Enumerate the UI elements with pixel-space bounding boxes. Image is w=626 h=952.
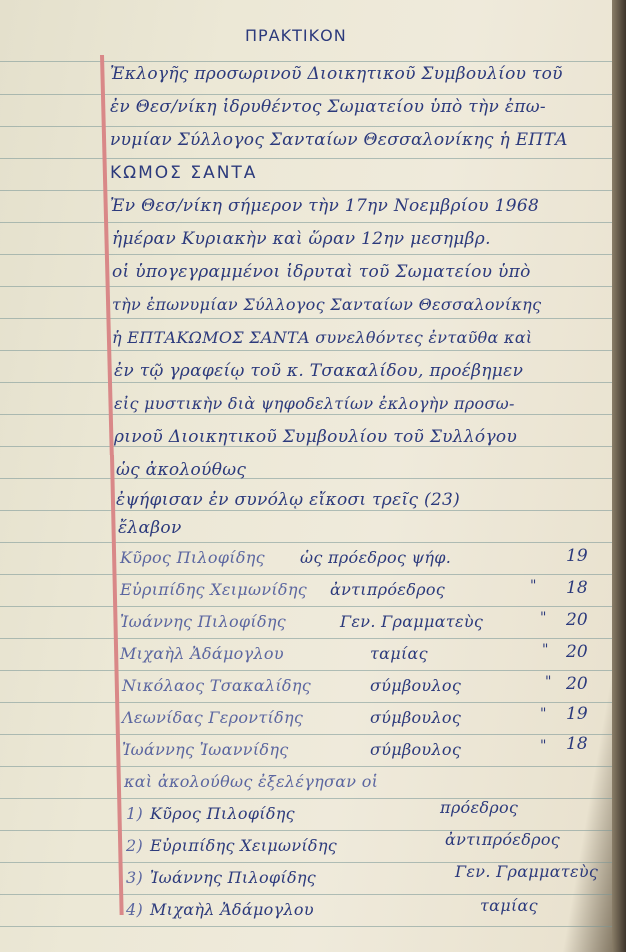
ruled-line [0,798,612,799]
elected-name: Μιχαὴλ Ἀδάμογλου [150,900,314,919]
body-line: ὡς ἀκολούθως [116,460,246,480]
body-line: Ἐκλογῆς προσωρινοῦ Διοικητικοῦ Συμβουλίο… [110,64,563,84]
elected-role: ταμίας [480,896,538,915]
ditto-mark: " [540,706,546,722]
body-line: εἰς μυστικὴν διὰ ψηφοδελτίων ἐκλογὴν προ… [114,394,515,413]
notebook-spine [612,0,626,952]
ruled-line [0,670,612,671]
ruled-line [0,382,612,383]
candidate-role: σύμβουλος [370,676,461,695]
ruled-line [0,126,612,127]
candidate-role: ἀντιπρόεδρος [330,580,445,599]
ditto-mark: " [545,674,551,690]
candidate-role: σύμβουλος [370,708,461,727]
ruled-line [0,222,612,223]
ruled-line [0,350,612,351]
ruled-line [0,318,612,319]
ruled-line [0,606,612,607]
candidate-role: ταμίας [370,644,428,663]
candidate-name: Νικόλαος Τσακαλίδης [122,676,311,695]
candidate-role: σύμβουλος [370,740,461,759]
vote-count: 20 [566,610,588,630]
elected-number: 1) [126,804,143,823]
candidate-name: Ἰωάννης Ἰωαννίδης [122,740,288,759]
elected-name: Ἰωάννης Πιλοφίδης [150,868,316,887]
notebook-page: ΠΡΑΚΤΙΚΟΝ Ἐκλογῆς προσωρινοῦ Διοικητικοῦ… [0,0,626,952]
elected-role: πρόεδρος [440,798,518,817]
elected-intro: καὶ ἀκολούθως ἐξελέγησαν οἱ [124,772,378,791]
elected-number: 3) [126,868,143,887]
vote-count: 18 [566,734,588,754]
vote-count: 20 [566,642,588,662]
body-line: ρινοῦ Διοικητικοῦ Συμβουλίου τοῦ Συλλόγο… [114,427,517,447]
ruled-line [0,61,612,62]
elected-role: ἀντιπρόεδρος [445,830,560,849]
candidate-name: Λεωνίδας Γεροντίδης [122,708,303,727]
body-line: ἡμέραν Κυριακὴν καὶ ὥραν 12ην μεσημβρ. [112,229,491,249]
ruled-line [0,766,612,767]
vote-count: 19 [566,704,588,724]
elected-role: Γεν. Γραμματεὺς [455,862,598,881]
ditto-mark: " [542,642,548,658]
body-line: ἐψήφισαν ἐν συνόλῳ εἴκοσι τρεῖς (23) [116,490,460,510]
ruled-line [0,254,612,255]
ruled-line [0,702,612,703]
candidate-role: Γεν. Γραμματεὺς [340,612,483,631]
elected-name: Κῦρος Πιλοφίδης [150,804,295,823]
elected-number: 4) [126,900,143,919]
candidate-role: ὡς πρόεδρος ψήφ. [300,548,451,567]
vote-count: 18 [566,578,588,598]
ruled-line [0,574,612,575]
body-line: τὴν ἐπωνυμίαν Σύλλογος Σανταίων Θεσσαλον… [112,295,541,314]
candidate-name: Μιχαὴλ Ἀδάμογλου [120,644,284,663]
ruled-line [0,414,612,415]
candidate-name: Κῦρος Πιλοφίδης [120,548,265,567]
ruled-line [0,926,612,927]
ditto-mark: " [530,578,536,594]
document-title: ΠΡΑΚΤΙΚΟΝ [245,26,347,45]
body-line: νυμίαν Σύλλογος Σανταίων Θεσσαλονίκης ἡ … [110,130,568,150]
ditto-mark: " [540,610,546,626]
ruled-line [0,638,612,639]
body-line: ἡ ΕΠΤΑΚΩΜΟΣ ΣΑΝΤΑ συνελθόντες ἐνταῦθα κα… [112,328,533,347]
body-line: Ἐν Θεσ/νίκη σήμερον τὴν 17ην Νοεμβρίου 1… [110,196,539,216]
ruled-line [0,158,612,159]
body-line: ΚΩΜΟΣ ΣΑΝΤΑ [110,163,257,183]
ruled-line [0,94,612,95]
ruled-line [0,542,612,543]
candidate-name: Εὐριπίδης Χειμωνίδης [120,580,307,599]
body-line: οἱ ὑπογεγραμμένοι ἱδρυταὶ τοῦ Σωματείου … [112,262,531,282]
elected-name: Εὐριπίδης Χειμωνίδης [150,836,337,855]
ruled-line [0,478,612,479]
candidate-name: Ἰωάννης Πιλοφίδης [120,612,286,631]
vote-count: 20 [566,674,588,694]
body-line: ἔλαβον [118,518,182,538]
ruled-line [0,190,612,191]
ruled-line [0,894,612,895]
vote-count: 19 [566,546,588,566]
ruled-line [0,286,612,287]
ruled-line [0,510,612,511]
elected-number: 2) [126,836,143,855]
body-line: ἐν Θεσ/νίκη ἱδρυθέντος Σωματείου ὑπὸ τὴν… [110,97,546,117]
ruled-line [0,734,612,735]
body-line: ἐν τῷ γραφείῳ τοῦ κ. Τσακαλίδου, προέβημ… [114,361,523,381]
ditto-mark: " [540,738,546,754]
